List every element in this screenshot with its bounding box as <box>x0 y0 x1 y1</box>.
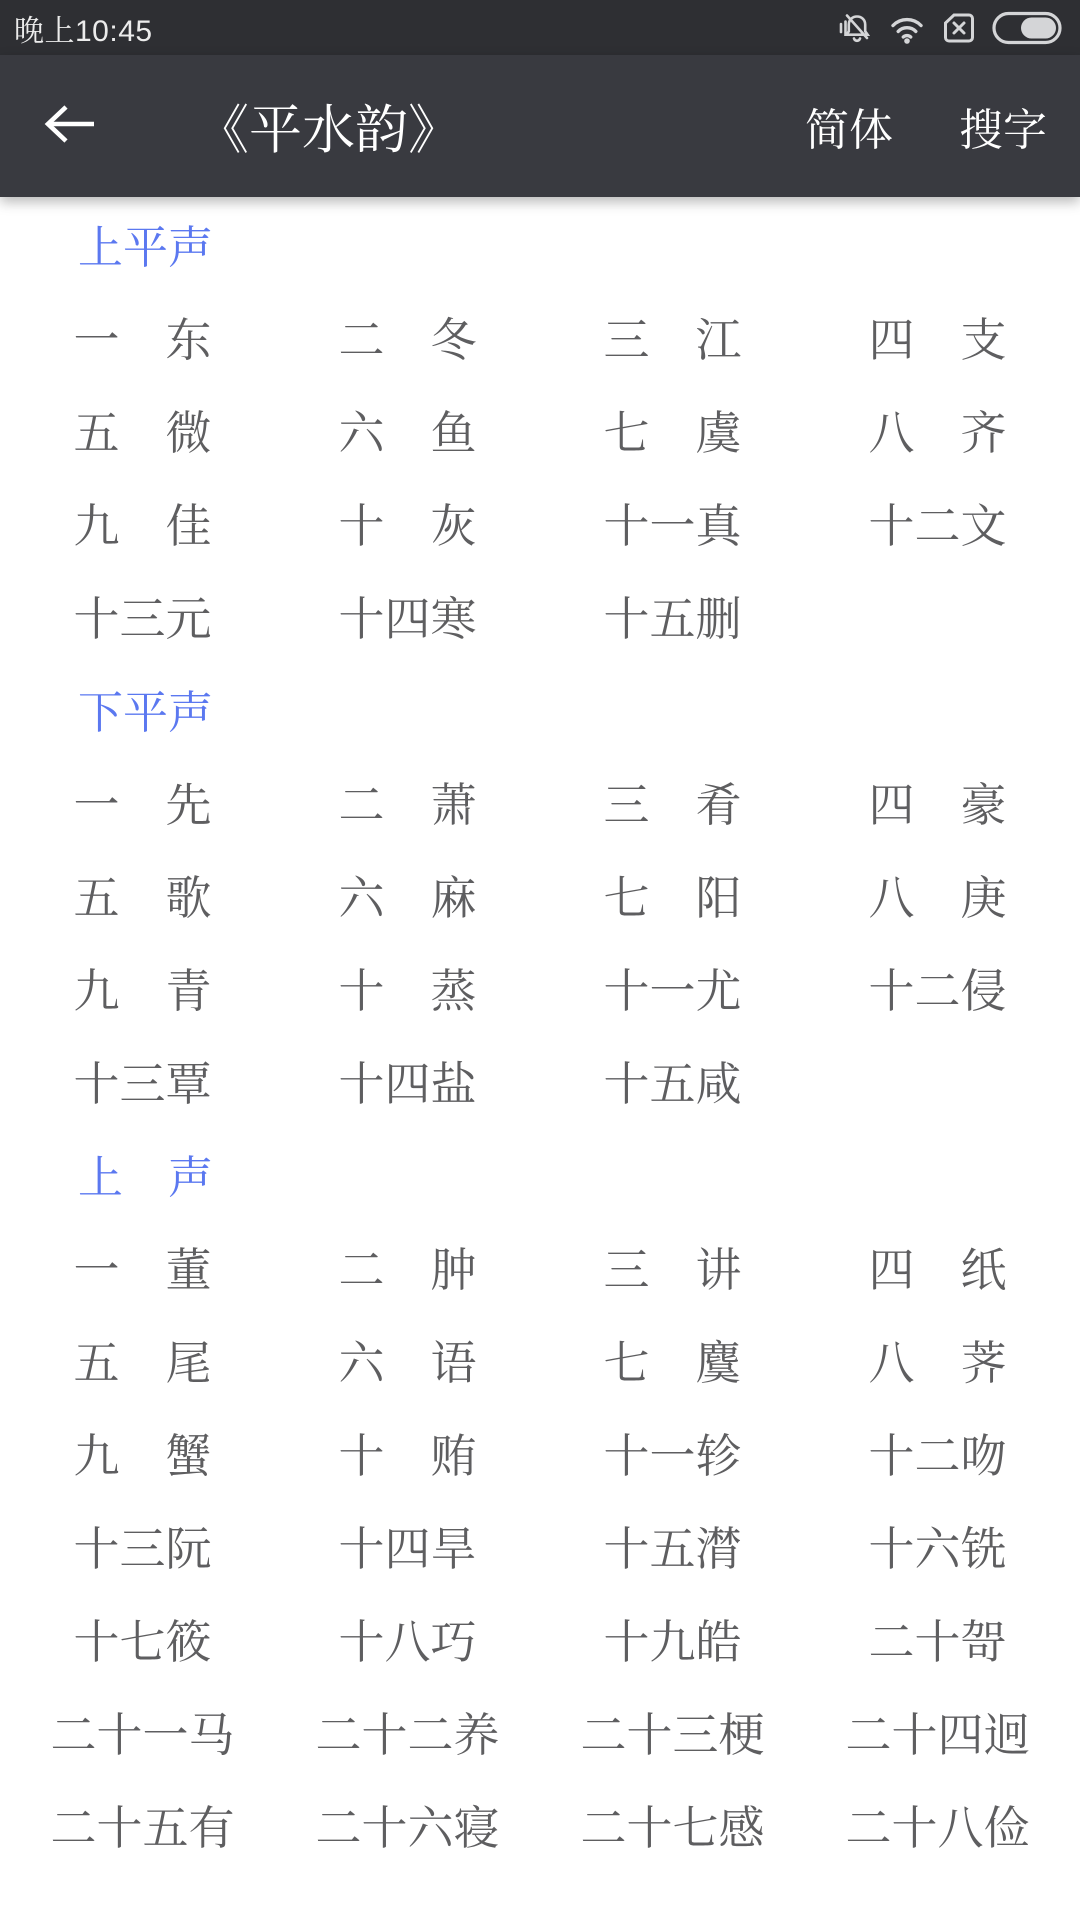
rhyme-item[interactable]: 六 鱼 <box>275 383 540 476</box>
app-bar: 《平水韵》 简体 搜字 <box>0 55 1080 197</box>
rhyme-item[interactable]: 二 冬 <box>275 290 540 383</box>
rhyme-item[interactable]: 十 贿 <box>275 1406 540 1499</box>
rhyme-item[interactable]: 九 青 <box>10 941 275 1034</box>
rhyme-item[interactable]: 十四旱 <box>275 1499 540 1592</box>
rhyme-item[interactable]: 六 麻 <box>275 848 540 941</box>
rhyme-item[interactable]: 十二文 <box>805 476 1070 569</box>
rhyme-item[interactable]: 十五删 <box>540 569 805 662</box>
rhyme-item[interactable]: 九 蟹 <box>10 1406 275 1499</box>
rhyme-item[interactable]: 二十二养 <box>275 1685 540 1778</box>
sim-missing-icon <box>940 9 978 47</box>
status-time: 晚上10:45 <box>14 6 153 50</box>
rhyme-item[interactable]: 十 蒸 <box>275 941 540 1034</box>
page-title: 《平水韵》 <box>196 88 461 164</box>
rhyme-item[interactable]: 十一尤 <box>540 941 805 1034</box>
rhyme-item[interactable]: 一 董 <box>10 1220 275 1313</box>
rhyme-item[interactable]: 十一轸 <box>540 1406 805 1499</box>
rhyme-grid-1: 一 先二 萧三 肴四 豪五 歌六 麻七 阳八 庚九 青十 蒸十一尤十二侵十三覃十… <box>10 755 1070 1127</box>
rhyme-item[interactable]: 十 灰 <box>275 476 540 569</box>
rhyme-item[interactable]: 八 庚 <box>805 848 1070 941</box>
rhyme-item[interactable]: 七 麌 <box>540 1313 805 1406</box>
rhyme-item[interactable]: 二十哿 <box>805 1592 1070 1685</box>
rhyme-item[interactable]: 十三阮 <box>10 1499 275 1592</box>
rhyme-item[interactable]: 四 纸 <box>805 1220 1070 1313</box>
rhyme-item[interactable]: 八 齐 <box>805 383 1070 476</box>
rhyme-item[interactable]: 二十五有 <box>10 1778 275 1871</box>
rhyme-item[interactable]: 三 江 <box>540 290 805 383</box>
status-bar: 晚上10:45 <box>0 0 1080 55</box>
rhyme-item[interactable]: 八 荠 <box>805 1313 1070 1406</box>
rhyme-item[interactable]: 十七筱 <box>10 1592 275 1685</box>
rhyme-item[interactable]: 五 微 <box>10 383 275 476</box>
back-arrow-icon <box>42 100 98 153</box>
status-icons <box>836 9 1064 47</box>
rhyme-item[interactable]: 二十六寝 <box>275 1778 540 1871</box>
section-header-1: 下平声 <box>10 662 1070 755</box>
rhyme-item[interactable]: 四 豪 <box>805 755 1070 848</box>
rhyme-item[interactable]: 十六铣 <box>805 1499 1070 1592</box>
rhyme-item[interactable]: 二十七感 <box>540 1778 805 1871</box>
section-header-2: 上 声 <box>10 1127 1070 1220</box>
rhyme-item[interactable]: 二十三梗 <box>540 1685 805 1778</box>
rhyme-item[interactable]: 十三覃 <box>10 1034 275 1127</box>
rhyme-grid-0: 一 东二 冬三 江四 支五 微六 鱼七 虞八 齐九 佳十 灰十一真十二文十三元十… <box>10 290 1070 662</box>
section-header-0: 上平声 <box>10 197 1070 290</box>
rhyme-item[interactable]: 二十一马 <box>10 1685 275 1778</box>
rhyme-item[interactable]: 三 讲 <box>540 1220 805 1313</box>
rhyme-item[interactable]: 二十八俭 <box>805 1778 1070 1871</box>
rhyme-item[interactable]: 十三元 <box>10 569 275 662</box>
simplified-toggle-button[interactable]: 简体 <box>805 94 893 158</box>
rhyme-item[interactable]: 六 语 <box>275 1313 540 1406</box>
rhyme-item[interactable]: 四 支 <box>805 290 1070 383</box>
rhyme-item[interactable]: 一 东 <box>10 290 275 383</box>
rhyme-item[interactable]: 十二吻 <box>805 1406 1070 1499</box>
rhyme-item[interactable]: 十一真 <box>540 476 805 569</box>
rhyme-item[interactable]: 十二侵 <box>805 941 1070 1034</box>
rhyme-item[interactable]: 五 尾 <box>10 1313 275 1406</box>
rhyme-sections: 上平声一 东二 冬三 江四 支五 微六 鱼七 虞八 齐九 佳十 灰十一真十二文十… <box>0 197 1080 1871</box>
rhyme-item[interactable]: 十四寒 <box>275 569 540 662</box>
search-character-button[interactable]: 搜字 <box>959 94 1047 158</box>
rhyme-item[interactable]: 十五潸 <box>540 1499 805 1592</box>
rhyme-item[interactable]: 十八巧 <box>275 1592 540 1685</box>
rhyme-item[interactable]: 十四盐 <box>275 1034 540 1127</box>
rhyme-item[interactable]: 二 肿 <box>275 1220 540 1313</box>
back-button[interactable] <box>42 102 98 150</box>
rhyme-item[interactable]: 十九皓 <box>540 1592 805 1685</box>
rhyme-item[interactable]: 三 肴 <box>540 755 805 848</box>
battery-icon <box>992 10 1064 46</box>
rhyme-item[interactable]: 二十四迥 <box>805 1685 1070 1778</box>
rhyme-item[interactable]: 七 阳 <box>540 848 805 941</box>
rhyme-item[interactable]: 二 萧 <box>275 755 540 848</box>
rhyme-grid-2: 一 董二 肿三 讲四 纸五 尾六 语七 麌八 荠九 蟹十 贿十一轸十二吻十三阮十… <box>10 1220 1070 1871</box>
mute-icon <box>836 9 874 47</box>
rhyme-item[interactable]: 七 虞 <box>540 383 805 476</box>
rhyme-item[interactable]: 五 歌 <box>10 848 275 941</box>
rhyme-item[interactable]: 十五咸 <box>540 1034 805 1127</box>
rhyme-item[interactable]: 一 先 <box>10 755 275 848</box>
rhyme-item[interactable]: 九 佳 <box>10 476 275 569</box>
wifi-icon <box>888 10 926 46</box>
